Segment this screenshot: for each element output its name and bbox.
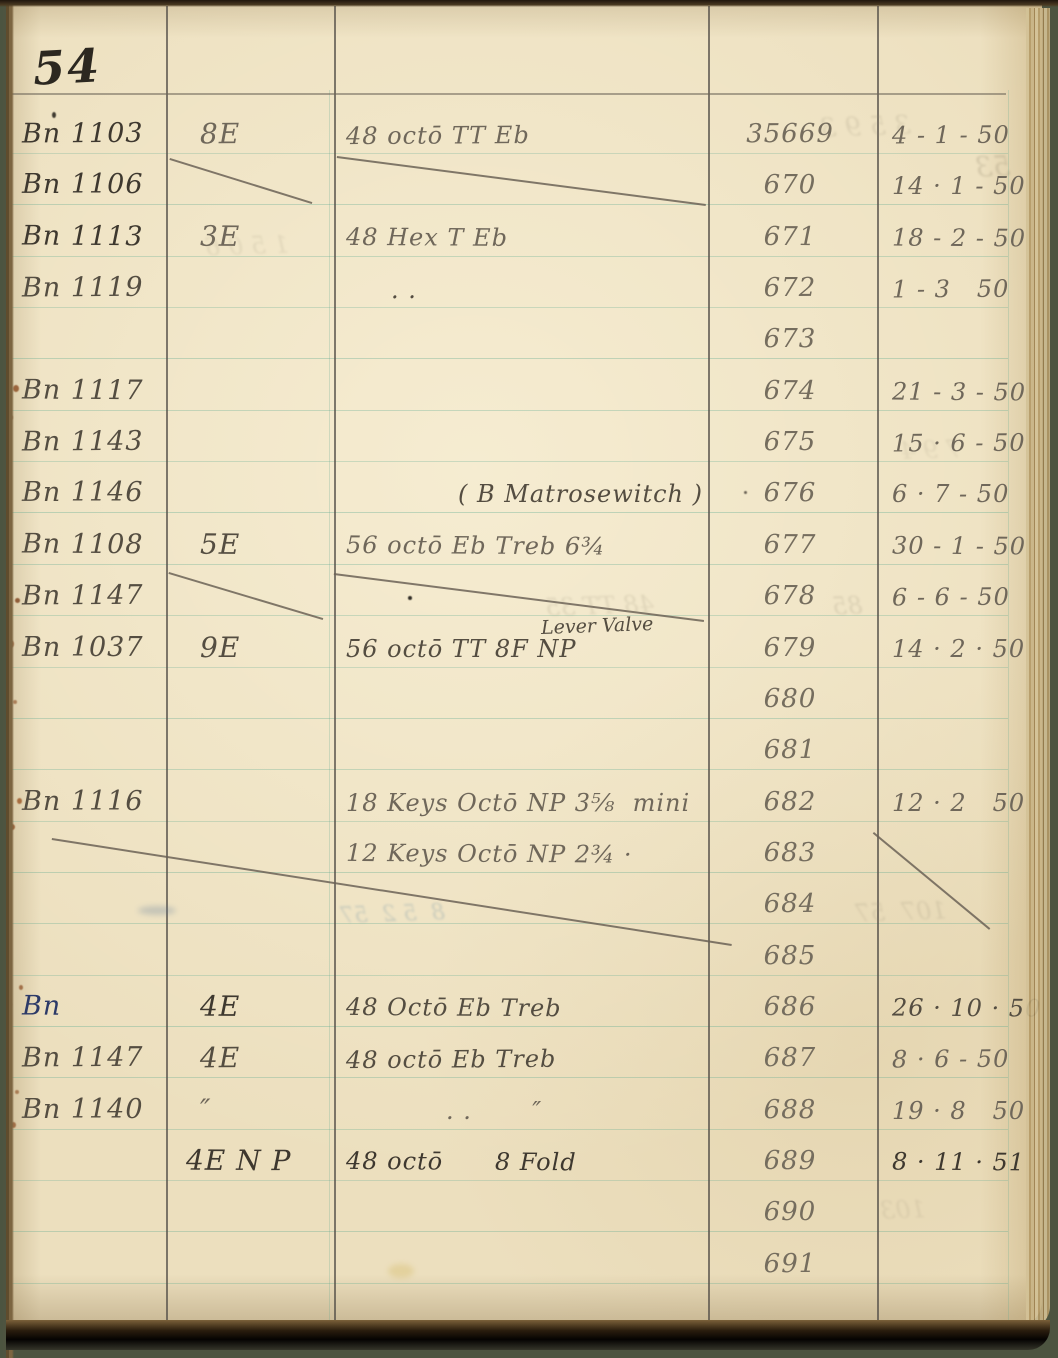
paper-spot xyxy=(19,985,23,990)
header-rule xyxy=(12,93,1006,95)
cell-number: 673 xyxy=(715,324,865,354)
cell-serial: Bn 1106 xyxy=(22,169,182,200)
cell-model: 9E xyxy=(200,631,330,664)
ruled-line-horizontal xyxy=(12,307,1008,308)
cell-desc: . . xyxy=(391,274,751,304)
cell-number: 670 xyxy=(715,170,865,200)
cell-model: 5E xyxy=(200,527,330,561)
cell-desc: 12 Keys Octō NP 2¾ · xyxy=(346,839,706,869)
cell-number: 681 xyxy=(715,735,865,766)
cell-date: 26 · 10 · 50 xyxy=(892,993,1037,1022)
cell-desc: 48 octō 8 Fold xyxy=(346,1147,706,1177)
paper-spot xyxy=(408,596,412,600)
binding-edge xyxy=(3,0,14,1358)
cell-number: 680 xyxy=(715,683,865,714)
cell-desc: 56 octō Eb Treb 6¾ xyxy=(346,531,706,561)
cell-serial: Bn 1108 xyxy=(22,528,182,560)
paper-spot xyxy=(15,598,20,603)
cell-date: 14 · 1 - 50 xyxy=(892,172,1037,200)
cell-serial: Bn 1117 xyxy=(22,374,182,406)
paper-spot xyxy=(744,491,747,494)
cell-desc: 48 octō Eb Treb xyxy=(346,1044,706,1074)
cell-number: 687 xyxy=(715,1043,865,1074)
column-line xyxy=(877,6,879,1322)
cell-date: 14 · 2 · 50 xyxy=(892,635,1037,663)
cell-desc: 18 Keys Octō NP 3⅝ mini xyxy=(346,789,706,817)
cell-number: 678 xyxy=(715,581,865,612)
cell-serial: Bn 1147 xyxy=(22,580,182,612)
ruled-line-horizontal xyxy=(12,204,1008,205)
cell-number: 677 xyxy=(715,529,865,560)
cell-model: 4E xyxy=(200,990,330,1024)
ruled-line-horizontal xyxy=(12,1180,1008,1181)
cell-number: 35669 xyxy=(715,119,865,150)
cell-serial: Bn 1147 xyxy=(22,1042,182,1074)
column-line xyxy=(334,6,336,1322)
cell-number: 671 xyxy=(715,221,865,252)
cell-date: 21 - 3 - 50 xyxy=(892,377,1037,406)
ruled-line-horizontal xyxy=(12,975,1008,976)
cell-serial: Bn 1116 xyxy=(22,786,182,817)
ruled-line-horizontal xyxy=(12,769,1008,770)
cell-number: 686 xyxy=(715,991,865,1022)
cell-desc: 48 Octō Eb Treb xyxy=(346,993,706,1023)
ruled-line-horizontal xyxy=(12,1231,1008,1232)
cell-model: 8E xyxy=(200,117,330,151)
cell-number: 690 xyxy=(715,1197,865,1228)
ruled-line-horizontal xyxy=(12,358,1008,359)
cell-model: 4E xyxy=(200,1041,330,1075)
cell-date: 6 - 6 - 50 xyxy=(892,583,1037,612)
cell-desc: 56 octō TT 8F NP xyxy=(346,635,706,663)
ruled-line-horizontal xyxy=(12,718,1008,719)
ruled-line-horizontal xyxy=(12,256,1008,257)
cell-date: 4 - 1 - 50 xyxy=(892,121,1037,150)
cell-model: 4E N P xyxy=(186,1144,316,1178)
cell-desc: 48 Hex T Eb xyxy=(346,223,706,253)
cell-number: 691 xyxy=(715,1249,865,1279)
ruled-line-horizontal xyxy=(12,872,1008,873)
cell-serial: Bn 1113 xyxy=(22,220,182,252)
ruled-line-horizontal xyxy=(12,512,1008,513)
ruled-line-horizontal xyxy=(12,821,1008,822)
cell-serial: Bn 1037 xyxy=(22,632,182,663)
page-top-edge xyxy=(0,0,1058,7)
paper-spot xyxy=(388,1264,414,1278)
ruled-line-horizontal xyxy=(12,1026,1008,1027)
cell-number: 688 xyxy=(715,1095,865,1125)
ruled-line-horizontal xyxy=(12,1129,1008,1130)
cell-date: 6 · 7 - 50 xyxy=(892,480,1037,508)
cell-date: 8 · 6 - 50 xyxy=(892,1045,1037,1074)
cell-serial: Bn 1143 xyxy=(22,426,182,458)
cell-number: 672 xyxy=(715,273,865,304)
cell-model: ″ xyxy=(200,1093,330,1126)
paper-spot xyxy=(17,798,22,804)
cell-number: 676 xyxy=(715,478,865,508)
ruled-line-horizontal xyxy=(12,667,1008,668)
cell-number: 675 xyxy=(715,427,865,458)
cell-date: 15 · 6 - 50 xyxy=(892,429,1037,458)
cell-number: 683 xyxy=(715,837,865,868)
ruled-line-horizontal xyxy=(12,461,1008,462)
page-number: 54 xyxy=(32,38,103,95)
cell-desc-note: Lever Valve xyxy=(541,613,654,639)
ruled-line-horizontal xyxy=(12,923,1008,924)
cell-date: 12 · 2 50 xyxy=(892,789,1037,817)
cell-number: 674 xyxy=(715,375,865,406)
paper-spot xyxy=(52,112,56,118)
paper-spot xyxy=(138,906,176,915)
cell-serial: Bn 1140 xyxy=(22,1094,182,1125)
cell-date: 1 - 3 50 xyxy=(892,275,1037,304)
ruled-line-horizontal xyxy=(12,1283,1008,1284)
ruled-line-horizontal xyxy=(12,410,1008,411)
cell-date: 18 - 2 - 50 xyxy=(892,223,1037,252)
cell-number: 679 xyxy=(715,633,865,663)
cell-number: 682 xyxy=(715,787,865,817)
cell-serial: Bn 1119 xyxy=(22,272,182,304)
cell-serial: Bn 1146 xyxy=(22,477,182,508)
ruled-line-horizontal xyxy=(12,153,1008,154)
scanned-ledger-page: 54 Bn 11038E48 octō TT Eb356694 - 1 - 50… xyxy=(0,0,1058,1358)
cell-number: 685 xyxy=(715,941,865,971)
cell-serial: Bn xyxy=(22,990,182,1022)
cell-date: 19 · 8 50 xyxy=(892,1097,1037,1125)
page-stack-edge xyxy=(1026,8,1050,1330)
ruled-line-horizontal xyxy=(12,1077,1008,1078)
cell-date: 30 - 1 - 50 xyxy=(892,531,1037,560)
cell-date: 8 · 11 · 51 xyxy=(892,1148,1037,1177)
margin-rule-green xyxy=(329,90,330,1322)
cell-serial: Bn 1103 xyxy=(22,118,182,150)
cell-number: 689 xyxy=(715,1146,865,1177)
paper-spot xyxy=(15,1090,19,1094)
cell-model: 3E xyxy=(200,219,330,253)
cell-desc: 48 octō TT Eb xyxy=(346,120,706,150)
ruled-line-horizontal xyxy=(12,615,1008,616)
ruled-line-horizontal xyxy=(12,564,1008,565)
cell-number: 684 xyxy=(715,889,865,920)
page-bottom-shadow xyxy=(6,1320,1050,1350)
